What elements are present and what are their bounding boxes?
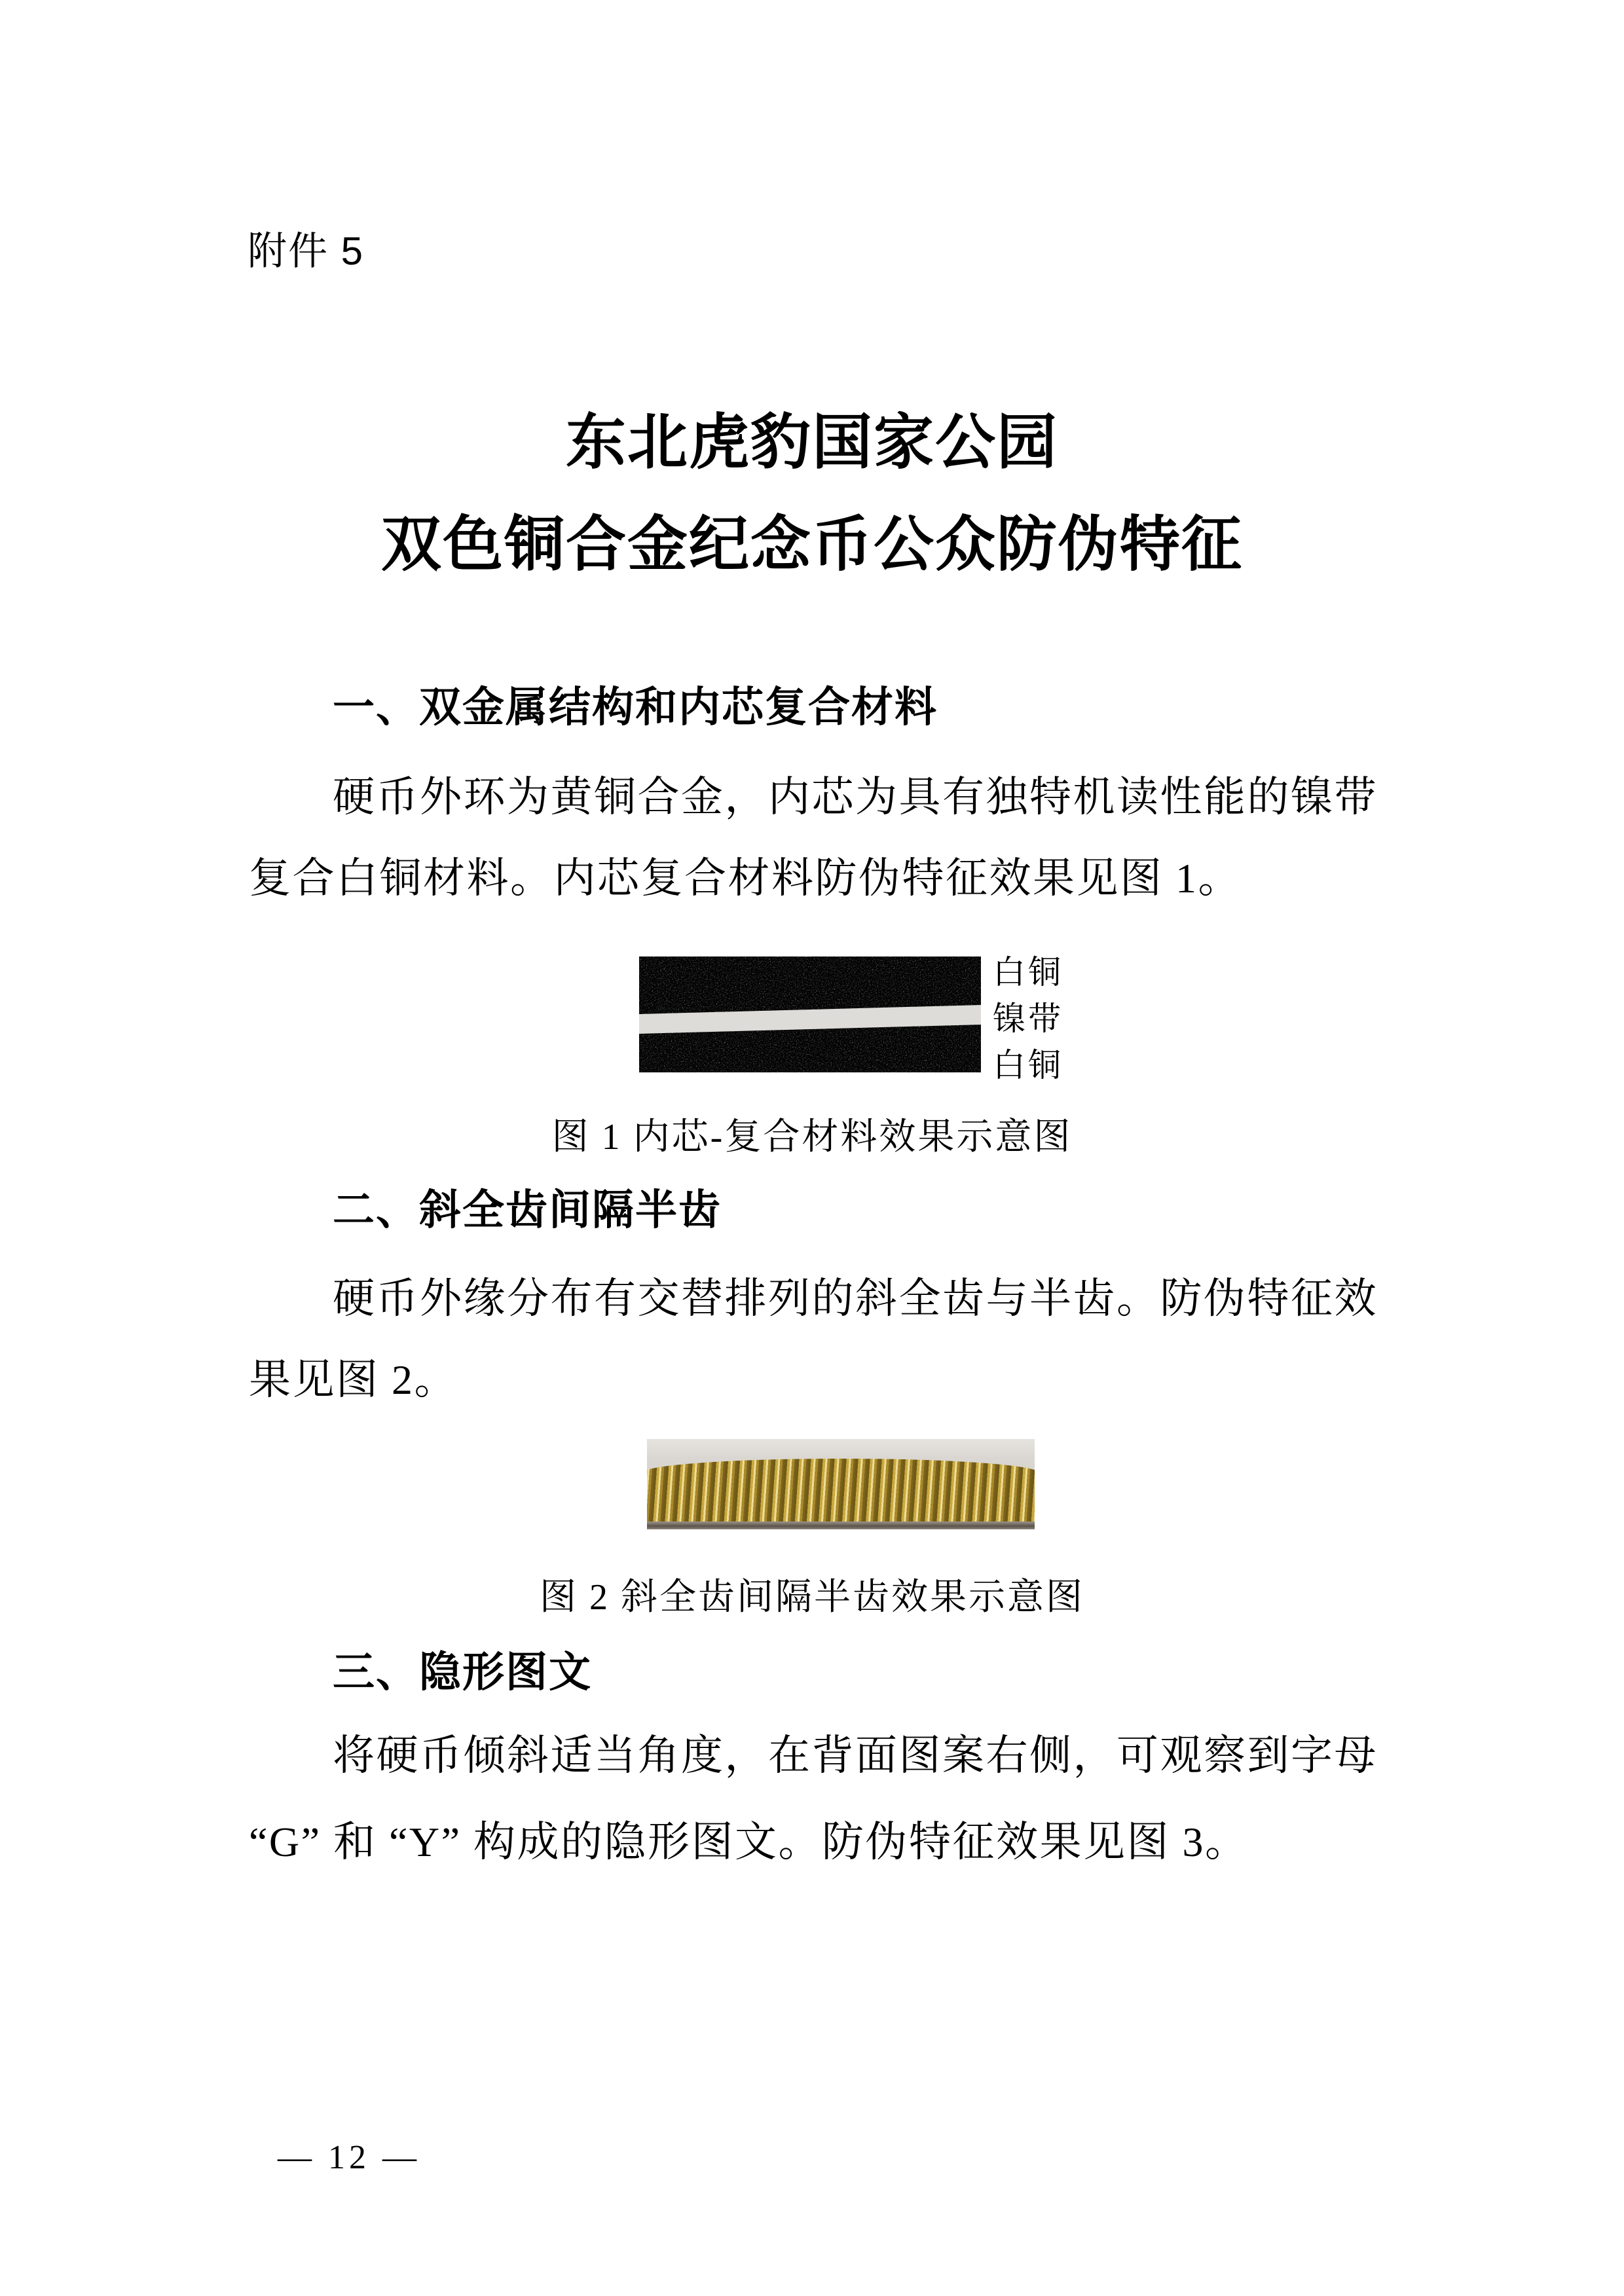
document-page: 附件 5 东北虎豹国家公园 双色铜合金纪念币公众防伪特征 一、双金属结构和内芯复… — [0, 0, 1624, 2296]
section3-paragraph-line2: “G” 和 “Y” 构成的隐形图文。防伪特征效果见图 3。 — [249, 1815, 1249, 1870]
fig2-gold-ridges — [647, 1459, 1035, 1523]
figure1-label-top: 白铜 — [993, 949, 1063, 996]
attachment-label: 附件 5 — [248, 225, 364, 278]
figure2-coin-edge-image — [647, 1439, 1035, 1529]
figure1-caption: 图 1 内芯-复合材料效果示意图 — [0, 1114, 1624, 1160]
figure2-caption: 图 2 斜全齿间隔半齿效果示意图 — [0, 1575, 1624, 1620]
section3-heading: 三、隐形图文 — [333, 1646, 592, 1698]
figure1-label-bottom: 白铜 — [993, 1042, 1063, 1089]
section3-paragraph-line1: 将硬币倾斜适当角度，在背面图案右侧，可观察到字母 — [333, 1728, 1378, 1783]
figure1-svg — [639, 957, 981, 1072]
figure1-layer-labels: 白铜 镍带 白铜 — [993, 949, 1063, 1089]
page-number: — 12 — — [278, 2138, 420, 2178]
section2-heading: 二、斜全齿间隔半齿 — [333, 1184, 722, 1236]
section1-paragraph-line2: 复合白铜材料。内芯复合材料防伪特征效果见图 1。 — [249, 851, 1242, 906]
fig2-bottom-shadow — [647, 1522, 1035, 1529]
document-title-line2: 双色铜合金纪念币公众防伪特征 — [0, 494, 1624, 596]
figure1-micrograph-image — [639, 957, 981, 1072]
fig2-top-glare — [647, 1439, 1035, 1459]
figure1-label-middle: 镍带 — [993, 996, 1063, 1042]
section2-paragraph-line2: 果见图 2。 — [249, 1353, 458, 1408]
document-title-line1: 东北虎豹国家公园 — [0, 392, 1624, 494]
section2-paragraph-line1: 硬币外缘分布有交替排列的斜全齿与半齿。防伪特征效 — [333, 1271, 1378, 1326]
section1-heading: 一、双金属结构和内芯复合材料 — [333, 681, 938, 733]
section1-paragraph-line1: 硬币外环为黄铜合金，内芯为具有独特机读性能的镍带 — [333, 770, 1378, 825]
document-title: 东北虎豹国家公园 双色铜合金纪念币公众防伪特征 — [0, 392, 1624, 596]
